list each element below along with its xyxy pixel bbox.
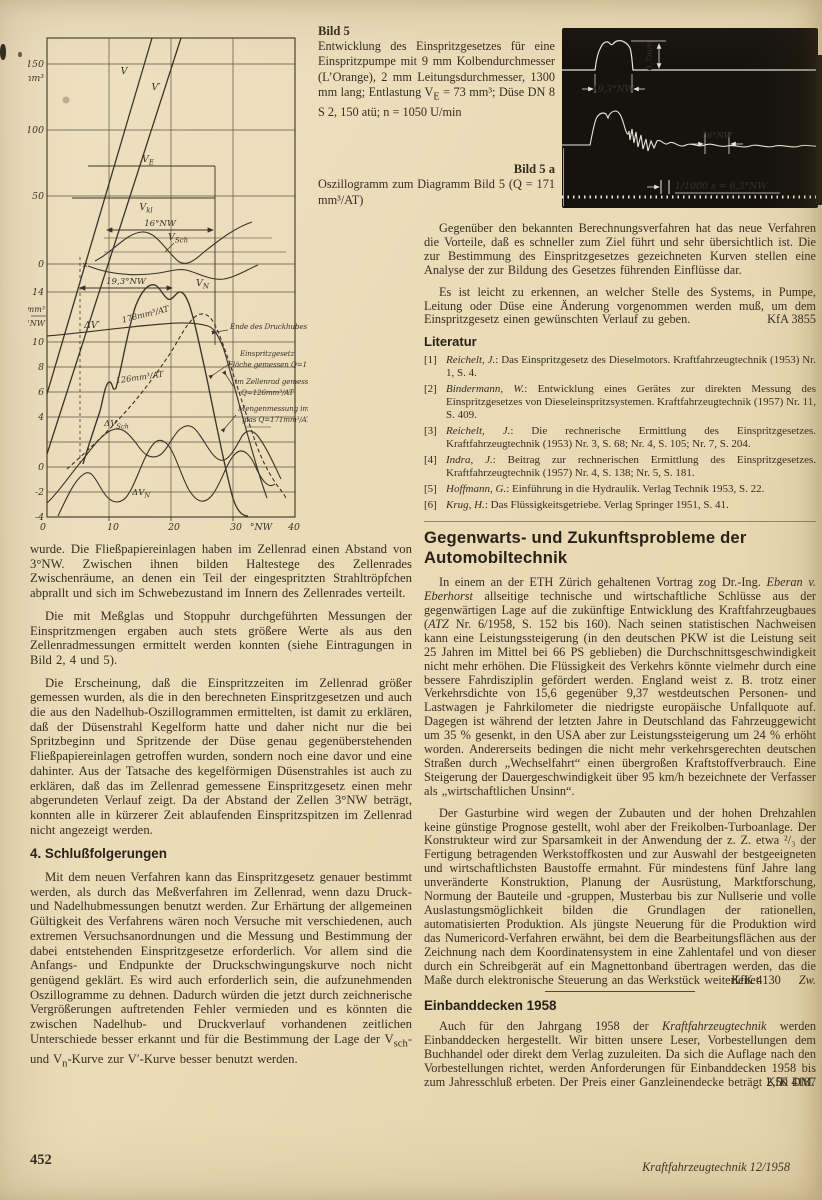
- reference-number: [3]: [424, 425, 437, 438]
- right-column: Gegenüber den bekannten Berechnungsverfa…: [424, 222, 816, 1098]
- ytick-50: 50: [32, 191, 44, 202]
- journal-footer: Kraftfahrzeugtechnik 12/1958: [642, 1160, 790, 1175]
- label-193nw: 19,3°NW: [106, 277, 147, 287]
- page-number: 452: [30, 1152, 52, 1169]
- subscript: sch: [394, 1038, 408, 1049]
- text-run: In einem an der ETH Zürich gehaltenen Vo…: [439, 575, 766, 589]
- author-initials: Zw.: [799, 973, 816, 987]
- paragraph: Die mit Meßglas und Stoppuhr durchgeführ…: [30, 609, 412, 668]
- label-zellenrad-1: im Zellenrad gemessen: [235, 377, 308, 386]
- figure5a-label: Bild 5 a: [318, 162, 555, 177]
- reference-author: Indra, J.: [446, 454, 493, 466]
- section-divider: [424, 521, 816, 522]
- ytick-100: 100: [28, 125, 44, 136]
- label-q178: 178mm³/AT: [121, 303, 171, 324]
- text-run: Auch für den Jahrgang 1958 der: [439, 1019, 662, 1033]
- curve-q178: [83, 285, 248, 516]
- label-ve-sub: E: [148, 159, 154, 167]
- label-vn-sub: N: [202, 283, 210, 291]
- label-vsch: VSch: [168, 232, 188, 245]
- curve-dvn: [58, 440, 275, 516]
- reference-number: [1]: [424, 354, 437, 367]
- osc-label-16nw: 16°NW: [702, 130, 734, 140]
- conclusions-heading: 4. Schlußfolgerungen: [30, 847, 412, 862]
- ytick-0-upper: 0: [38, 259, 44, 270]
- ref-lines: [104, 238, 286, 252]
- reference-number: [2]: [424, 383, 437, 396]
- ve-bracket: [88, 166, 215, 345]
- label-dvsch-main: ΔV: [103, 419, 117, 429]
- figure5a-caption: Oszillogramm zum Diagramm Bild 5 (Q = 17…: [318, 177, 555, 208]
- scan-smudge: [0, 44, 6, 60]
- paragraph: Auch für den Jahrgang 1958 der Kraftfahr…: [424, 1020, 816, 1090]
- paragraph: Die Erscheinung, daß die Einspritzzeiten…: [30, 676, 412, 838]
- ytick-8: 8: [38, 362, 44, 373]
- label-flaeche-2: Fläche gemessen Q=178mm³/AT: [227, 360, 308, 369]
- figure-captions: Bild 5 Entwicklung des Einspritzgesetzes…: [318, 24, 555, 208]
- label-ve: VE: [142, 154, 154, 167]
- label-dv-prime: ΔV′: [83, 320, 101, 331]
- article2-heading: Gegenwarts- und Zukunftsprobleme der Aut…: [424, 528, 816, 567]
- reference-author: Hoffmann, G.: [446, 483, 506, 495]
- label-vkl: Vkl: [139, 202, 152, 215]
- label-dvn-main: ΔV: [131, 488, 145, 498]
- reference-text: : Einführung in die Hydraulik. Verlag Te…: [506, 483, 764, 495]
- x-ticks-marks: [109, 517, 233, 521]
- xtick-0: 0: [40, 522, 46, 532]
- ytick-150: 150: [28, 59, 44, 70]
- left-column: wurde. Die Fließpapiereinlagen haben im …: [30, 542, 412, 1080]
- reference-text: : Beitrag zur rechnerischen Ermittlung d…: [446, 454, 816, 479]
- paragraph: Mit dem neuen Verfahren kann das Einspri…: [30, 870, 412, 1072]
- reference-text: : Das Einspritzgesetz des Dieselmotors. …: [446, 354, 816, 379]
- osc-label-time: 1/1000 s = 6,3°NW: [675, 181, 768, 192]
- reference-author: Krug, H.: [446, 499, 485, 511]
- paragraph: In einem an der ETH Zürich gehaltenen Vo…: [424, 576, 816, 799]
- label-dvn-sub: N: [143, 491, 150, 499]
- text-run: Nr. 6/1958, S. 152 bis 160). Nach seinen…: [424, 617, 816, 798]
- y-unit-lower-den: °NW: [28, 319, 46, 328]
- figure5a-oscillogram: 0,7mm 19,3°NW 16°NW 1/1000 s = 6,3°NW: [562, 28, 818, 208]
- chart-grid: [47, 38, 295, 517]
- figure5-chart: 150 mm³ 100 50 0 14 mm³ °NW 10 8 6 4 0 -…: [28, 27, 308, 532]
- label-dvsch-sub: Sch: [116, 422, 128, 430]
- article3-heading: Einbanddecken 1958: [424, 999, 816, 1013]
- label-messglas-2: glas Q=171mm³/AT: [242, 415, 308, 424]
- reference-item: [6]Krug, H.: Das Flüssigkeitsgetriebe. V…: [424, 499, 816, 512]
- chart-curves: [47, 38, 286, 521]
- paragraph: Der Gasturbine wird wegen der Zubauten u…: [424, 807, 816, 988]
- figure5-label: Bild 5: [318, 24, 555, 39]
- text-run: Mit dem neuen Verfahren kann das Einspri…: [30, 870, 412, 1046]
- osc-label-height: 0,7mm: [644, 41, 654, 70]
- reference-number: [5]: [424, 483, 437, 496]
- y-unit-upper: mm³: [28, 73, 44, 84]
- y-unit-lower-num: mm³: [28, 305, 45, 314]
- literatur-heading: Literatur: [424, 335, 816, 349]
- chart-axis-labels: 150 mm³ 100 50 0 14 mm³ °NW 10 8 6 4 0 -…: [28, 59, 46, 523]
- ytick-6: 6: [38, 387, 44, 398]
- label-16nw: 16°NW: [144, 219, 177, 229]
- ytick-0-lower: 0: [38, 462, 44, 473]
- label-q126: 126mm³/AT: [115, 369, 165, 386]
- journal-name-italic: ATZ: [428, 617, 449, 631]
- flaeche-leader: [213, 364, 229, 375]
- reference-author: Bindermann, W.: [446, 383, 524, 395]
- vsch-leader: [165, 243, 174, 252]
- chart-xaxis-labels: 0 10 20 30 °NW 40: [40, 522, 300, 532]
- label-vkl-sub: kl: [146, 207, 152, 215]
- label-messglas-1: Mengenmessung im Meß-: [237, 404, 308, 413]
- short-divider: [545, 991, 695, 992]
- ytick-14: 14: [32, 287, 44, 298]
- ytick-m2: -2: [35, 487, 44, 498]
- xtick-40: 40: [287, 522, 300, 532]
- reference-author: Reichelt, J.: [446, 425, 510, 437]
- reference-item: [3]Reichelt, J.: Die rechnerische Ermitt…: [424, 425, 816, 451]
- paper-smudge: [63, 97, 70, 104]
- label-flaeche-1: Einspritzgesetz: [239, 349, 294, 358]
- journal-name-italic: Kraftfahrzeugtechnik: [662, 1019, 767, 1033]
- journal-page: 150 mm³ 100 50 0 14 mm³ °NW 10 8 6 4 0 -…: [0, 0, 822, 1200]
- reference-item: [4]Indra, J.: Beitrag zur rechnerischen …: [424, 454, 816, 480]
- label-vn: VN: [196, 278, 210, 291]
- label-dvn: ΔVN: [131, 488, 150, 499]
- label-zellenrad-2: Q=126mm³/AT: [241, 388, 295, 397]
- label-v-prime: V′: [151, 82, 161, 93]
- label-ende-druckhub: Ende des Druckhubes: [229, 322, 307, 331]
- label-dvsch: ΔVSch: [103, 419, 129, 430]
- kfk-code: KfK 4130: [731, 973, 781, 987]
- curve-v: [47, 38, 152, 394]
- reference-number: [6]: [424, 499, 437, 512]
- reference-item: [2]Bindermann, W.: Entwicklung eines Ger…: [424, 383, 816, 422]
- figure5-caption: Entwicklung des Einspritzgesetzes für ei…: [318, 39, 555, 120]
- x-unit: °NW: [250, 522, 274, 532]
- text-run: -Kurve zur V′-Kurve besser benutzt werde…: [67, 1052, 297, 1066]
- reference-number: [4]: [424, 454, 437, 467]
- reference-item: [1]Reichelt, J.: Das Einspritzgesetz des…: [424, 354, 816, 380]
- reference-author: Reichelt, J.: [446, 354, 495, 366]
- xtick-30: 30: [230, 522, 242, 532]
- ytick-4: 4: [37, 412, 44, 423]
- label-vsch-sub: Sch: [175, 237, 188, 245]
- osc-label-193nw: 19,3°NW: [592, 85, 634, 95]
- scan-edge-strip: [816, 55, 822, 205]
- reference-item: [5]Hoffmann, G.: Einführung in die Hydra…: [424, 483, 816, 496]
- label-v: V: [121, 66, 129, 77]
- xtick-20: 20: [167, 522, 180, 532]
- reference-list: [1]Reichelt, J.: Das Einspritzgesetz des…: [424, 354, 816, 512]
- scan-speck: [18, 52, 22, 57]
- xtick-10: 10: [107, 522, 119, 532]
- paragraph: Gegenüber den bekannten Berechnungsverfa…: [424, 222, 816, 278]
- curve-dvsch: [47, 426, 281, 503]
- chart-annotation-labels: Ende des Druckhubes Einspritzgesetz Fläc…: [227, 322, 308, 424]
- reference-text: : Das Flüssigkeitsgetriebe. Verlag Sprin…: [485, 499, 729, 511]
- paragraph: wurde. Die Fließpapiereinlagen haben im …: [30, 542, 412, 601]
- ytick-10: 10: [32, 337, 44, 348]
